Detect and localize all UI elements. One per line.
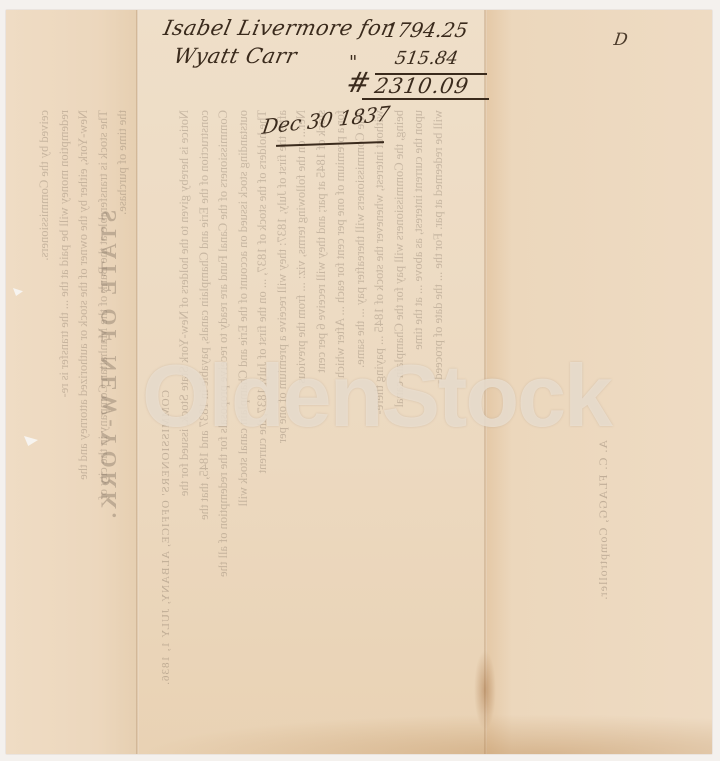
bleed-line: The stock is transferable at the Bank of… [94,110,114,499]
fold-crease-left [136,10,139,754]
bleed-line: for a premium of one per cent for each .… [331,110,351,577]
bleed-line: The Commissioners will thereafter pay ..… [351,110,371,577]
bleed-line: redemption money will be paid at the ...… [55,110,75,499]
bleed-line: stock of 1845 at par; and they will rece… [312,110,332,577]
fold-stain [474,650,496,730]
bleed-line: ceived by the Commissioners. [35,110,55,499]
bleed-line: without interest, whenever the stock of … [370,110,390,577]
bleed-line: after the first of July, 1837: they will… [273,110,293,577]
bleed-line: the time of purchase. [113,110,133,499]
handwritten-name-1: Isabel Livermore for [161,16,394,40]
bleed-line: Commissioners of the Canal Fund are read… [214,110,234,577]
bleed-body: Notice is hereby given to the holders of… [175,110,475,570]
bleed-line: construction of the Erie and Champlain c… [195,110,215,577]
bleed-line: Ner... on the following terms, viz: ... … [292,110,312,577]
bleed-line: being, the Commissioners will pay for th… [390,110,410,577]
bleed-signature: A. C. FLAGG, Comptroller. [596,440,611,601]
bleed-line: New-York, either by the owner of the sto… [74,110,94,499]
handwritten-total: 2310.09 [373,74,471,98]
watermark: OldenStock [142,345,611,447]
bleed-line: Notice is hereby given to the holders of… [175,110,195,577]
bleed-line: will be redeemed at par. For the ... the… [429,110,449,577]
bleed-line: upon the current interest, as above ... … [409,110,429,577]
handwritten-amount-2: 515.84 [393,48,460,69]
handwritten-amount-1: 1794.25 [383,18,470,42]
water-stain-bottom [137,714,712,754]
bleed-line: The holders of the stock of 1837, ... on… [253,110,273,577]
handwritten-name-2: Wyatt Carr [171,44,299,68]
bleed-line: outstanding stock issued on account of t… [234,110,254,577]
corner-letter-mark: D [613,30,629,50]
bleed-body-lines: Notice is hereby given to the holders of… [175,110,448,577]
bleed-right-lines: ceived by the Commissioners. redemption … [35,110,133,499]
total-underline [362,98,489,100]
